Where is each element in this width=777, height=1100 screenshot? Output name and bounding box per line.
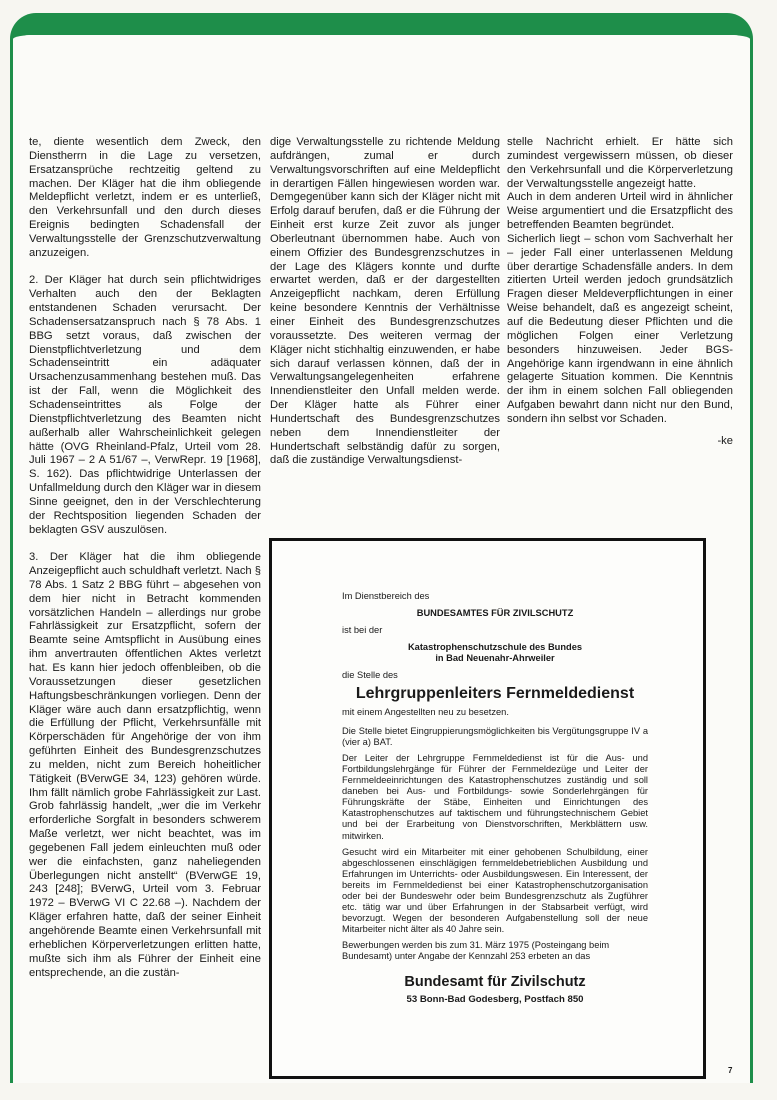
- ad-institution: Bundesamt für Zivilschutz: [342, 973, 648, 991]
- paragraph: Sicherlich liegt – schon vom Sachverhalt…: [507, 233, 733, 427]
- ad-school-location: in Bad Neuenahr-Ahrweiler: [342, 653, 648, 664]
- author-signature: -ke: [507, 435, 733, 449]
- ad-authority: BUNDESAMTES FÜR ZIVILSCHUTZ: [342, 608, 648, 619]
- ad-paragraph-salary: Die Stelle bietet Eingruppierungsmöglich…: [342, 726, 648, 748]
- article-column-2: dige Verwaltungsstelle zu richtende Meld…: [270, 136, 500, 468]
- ad-school: Katastrophenschutzschule des Bundes: [342, 642, 648, 653]
- page-number: 7: [728, 1066, 732, 1075]
- ad-intro-line: Im Dienstbereich des: [342, 591, 648, 602]
- ad-line: die Stelle des: [342, 670, 648, 681]
- advertisement-body: Im Dienstbereich des BUNDESAMTES FÜR ZIV…: [342, 591, 648, 1005]
- frame-inner-curve: [13, 35, 750, 75]
- ad-position-title: Lehrgruppenleiters Fernmeldedienst: [342, 684, 648, 704]
- paragraph: stelle Nachricht erhielt. Er hätte sich …: [507, 136, 733, 191]
- article-column-3: stelle Nachricht erhielt. Er hätte sich …: [507, 136, 733, 449]
- paragraph-section-2: 2. Der Kläger hat durch sein pflichtwidr…: [29, 274, 261, 537]
- ad-line: ist bei der: [342, 625, 648, 636]
- job-advertisement-box: Im Dienstbereich des BUNDESAMTES FÜR ZIV…: [269, 538, 706, 1079]
- paragraph: te, diente wesentlich dem Zweck, den Die…: [29, 136, 261, 261]
- ad-paragraph-requirements: Gesucht wird ein Mitarbeiter mit einer g…: [342, 847, 648, 936]
- article-column-1: te, diente wesentlich dem Zweck, den Die…: [29, 136, 261, 980]
- ad-address: 53 Bonn-Bad Godesberg, Postfach 850: [342, 994, 648, 1005]
- paragraph-section-3: 3. Der Kläger hat die ihm obliegende Anz…: [29, 551, 261, 980]
- paragraph: Auch in dem anderen Urteil wird in ähnli…: [507, 191, 733, 233]
- ad-paragraph-duties: Der Leiter der Lehrgruppe Fernmeldediens…: [342, 753, 648, 842]
- ad-paragraph-application: Bewerbungen werden bis zum 31. März 1975…: [342, 940, 648, 962]
- paragraph: dige Verwaltungsstelle zu richtende Meld…: [270, 136, 500, 468]
- ad-line: mit einem Angestellten neu zu besetzen.: [342, 707, 648, 718]
